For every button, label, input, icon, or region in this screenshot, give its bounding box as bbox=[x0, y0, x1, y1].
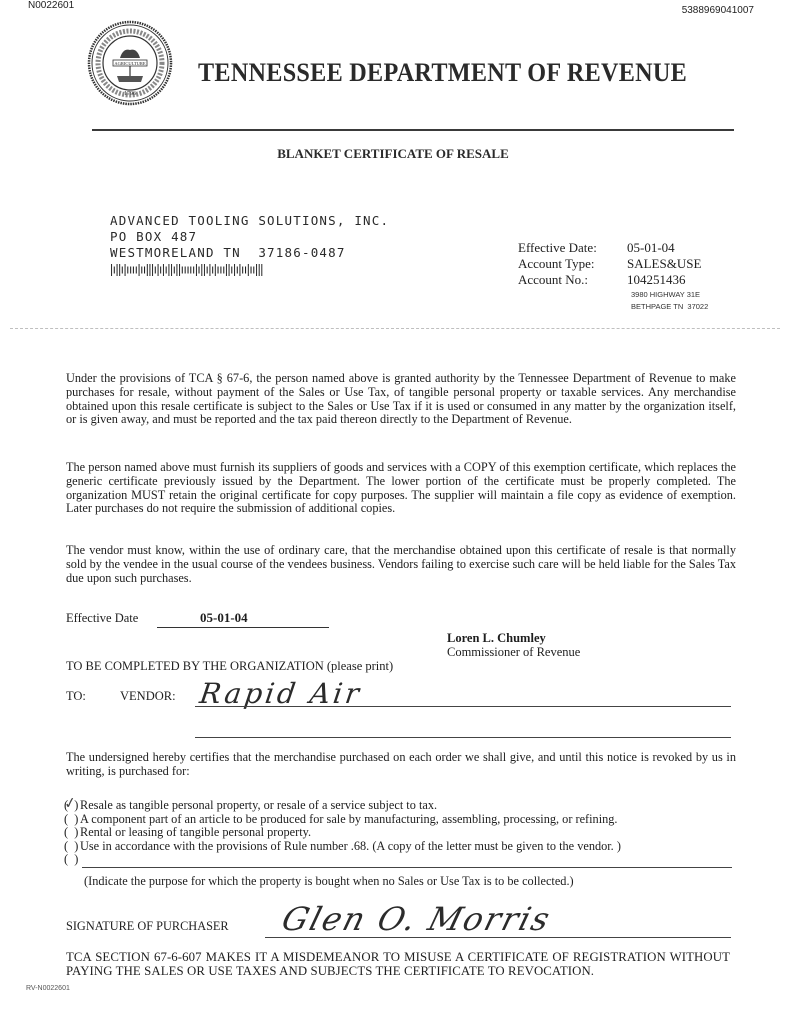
tear-off-separator bbox=[10, 328, 780, 329]
postal-barcode: |ı||ı|ıııı|ıı|||ı|ı|ı||ı||ııııı|ı||ı|ı|ı… bbox=[110, 261, 263, 276]
vendor-underline-1 bbox=[195, 706, 731, 707]
effective-date-value: 05-01-04 bbox=[627, 240, 675, 256]
state-seal-icon: AGRICULTURE 1796 bbox=[87, 20, 173, 106]
copy-requirement-paragraph: The person named above must furnish its … bbox=[66, 461, 736, 516]
option-checkbox[interactable]: ( ) bbox=[64, 853, 80, 867]
option-other[interactable]: ( ) bbox=[64, 853, 621, 867]
option-checkbox[interactable]: ( ) bbox=[64, 826, 80, 840]
account-no-value: 104251436 bbox=[627, 272, 686, 288]
department-title: TENNESSEE DEPARTMENT OF REVENUE bbox=[198, 58, 687, 88]
option-label: Rental or leasing of tangible personal p… bbox=[80, 825, 311, 839]
other-purpose-field[interactable] bbox=[82, 867, 732, 868]
vendor-label: VENDOR: bbox=[120, 689, 176, 704]
option-resale[interactable]: ( )Resale as tangible personal property,… bbox=[64, 799, 621, 813]
commissioner-name: Loren L. Chumley bbox=[447, 631, 546, 646]
account-type-value: SALES&USE bbox=[627, 256, 701, 272]
footer-document-id: RV-N0022601 bbox=[26, 985, 70, 992]
address-line-1: PO BOX 487 bbox=[110, 229, 389, 245]
certification-statement: The undersigned hereby certifies that th… bbox=[66, 750, 736, 778]
business-name: ADVANCED TOOLING SOLUTIONS, INC. bbox=[110, 213, 389, 229]
mailing-address: ADVANCED TOOLING SOLUTIONS, INC. PO BOX … bbox=[110, 213, 389, 261]
effective-date-label: Effective Date: bbox=[518, 240, 627, 256]
signature-field[interactable]: Glen O. Morris bbox=[278, 900, 556, 938]
option-checkbox[interactable]: ( ) bbox=[64, 840, 80, 854]
business-location: 3980 HIGHWAY 31E BETHPAGE TN 37022 bbox=[631, 289, 708, 313]
certificate-title: BLANKET CERTIFICATE OF RESALE bbox=[0, 146, 786, 162]
account-no-label: Account No.: bbox=[518, 272, 627, 288]
location-line-2: BETHPAGE TN 37022 bbox=[631, 301, 708, 313]
authority-paragraph: Under the provisions of TCA § 67-6, the … bbox=[66, 372, 736, 427]
to-label: TO: bbox=[66, 689, 86, 704]
signature-underline bbox=[265, 937, 731, 938]
location-line-1: 3980 HIGHWAY 31E bbox=[631, 289, 708, 301]
option-rule-68[interactable]: ( )Use in accordance with the provisions… bbox=[64, 840, 621, 854]
option-label: Use in accordance with the provisions of… bbox=[80, 839, 621, 853]
organization-section-heading: TO BE COMPLETED BY THE ORGANIZATION (ple… bbox=[66, 659, 393, 674]
option-label: Resale as tangible personal property, or… bbox=[80, 798, 437, 812]
effective-date-field-value: 05-01-04 bbox=[200, 610, 248, 626]
svg-text:1796: 1796 bbox=[124, 91, 136, 97]
commissioner-title: Commissioner of Revenue bbox=[447, 645, 580, 660]
option-checkbox[interactable]: ( ) bbox=[64, 799, 80, 813]
purpose-instruction: (Indicate the purpose for which the prop… bbox=[84, 874, 574, 889]
svg-text:AGRICULTURE: AGRICULTURE bbox=[114, 61, 146, 66]
effective-date-field-label: Effective Date bbox=[66, 611, 138, 626]
vendor-liability-paragraph: The vendor must know, within the use of … bbox=[66, 544, 736, 585]
header-divider bbox=[92, 129, 734, 131]
signature-label: SIGNATURE OF PURCHASER bbox=[66, 919, 229, 934]
option-rental-leasing[interactable]: ( )Rental or leasing of tangible persona… bbox=[64, 826, 621, 840]
misuse-warning: TCA SECTION 67-6-607 MAKES IT A MISDEMEA… bbox=[66, 950, 730, 978]
effective-date-underline bbox=[157, 627, 329, 628]
document-id: N0022601 bbox=[28, 0, 74, 11]
barcode-number: 5388969041007 bbox=[682, 5, 754, 16]
vendor-underline-2[interactable] bbox=[195, 737, 731, 738]
account-type-label: Account Type: bbox=[518, 256, 627, 272]
purchase-purpose-options: ( )Resale as tangible personal property,… bbox=[64, 799, 621, 867]
option-component-part[interactable]: ( )A component part of an article to be … bbox=[64, 813, 621, 827]
option-label: A component part of an article to be pro… bbox=[80, 812, 617, 826]
account-info: Effective Date:05-01-04 Account Type:SAL… bbox=[518, 240, 701, 288]
option-checkbox[interactable]: ( ) bbox=[64, 813, 80, 827]
address-line-2: WESTMORELAND TN 37186-0487 bbox=[110, 245, 389, 261]
